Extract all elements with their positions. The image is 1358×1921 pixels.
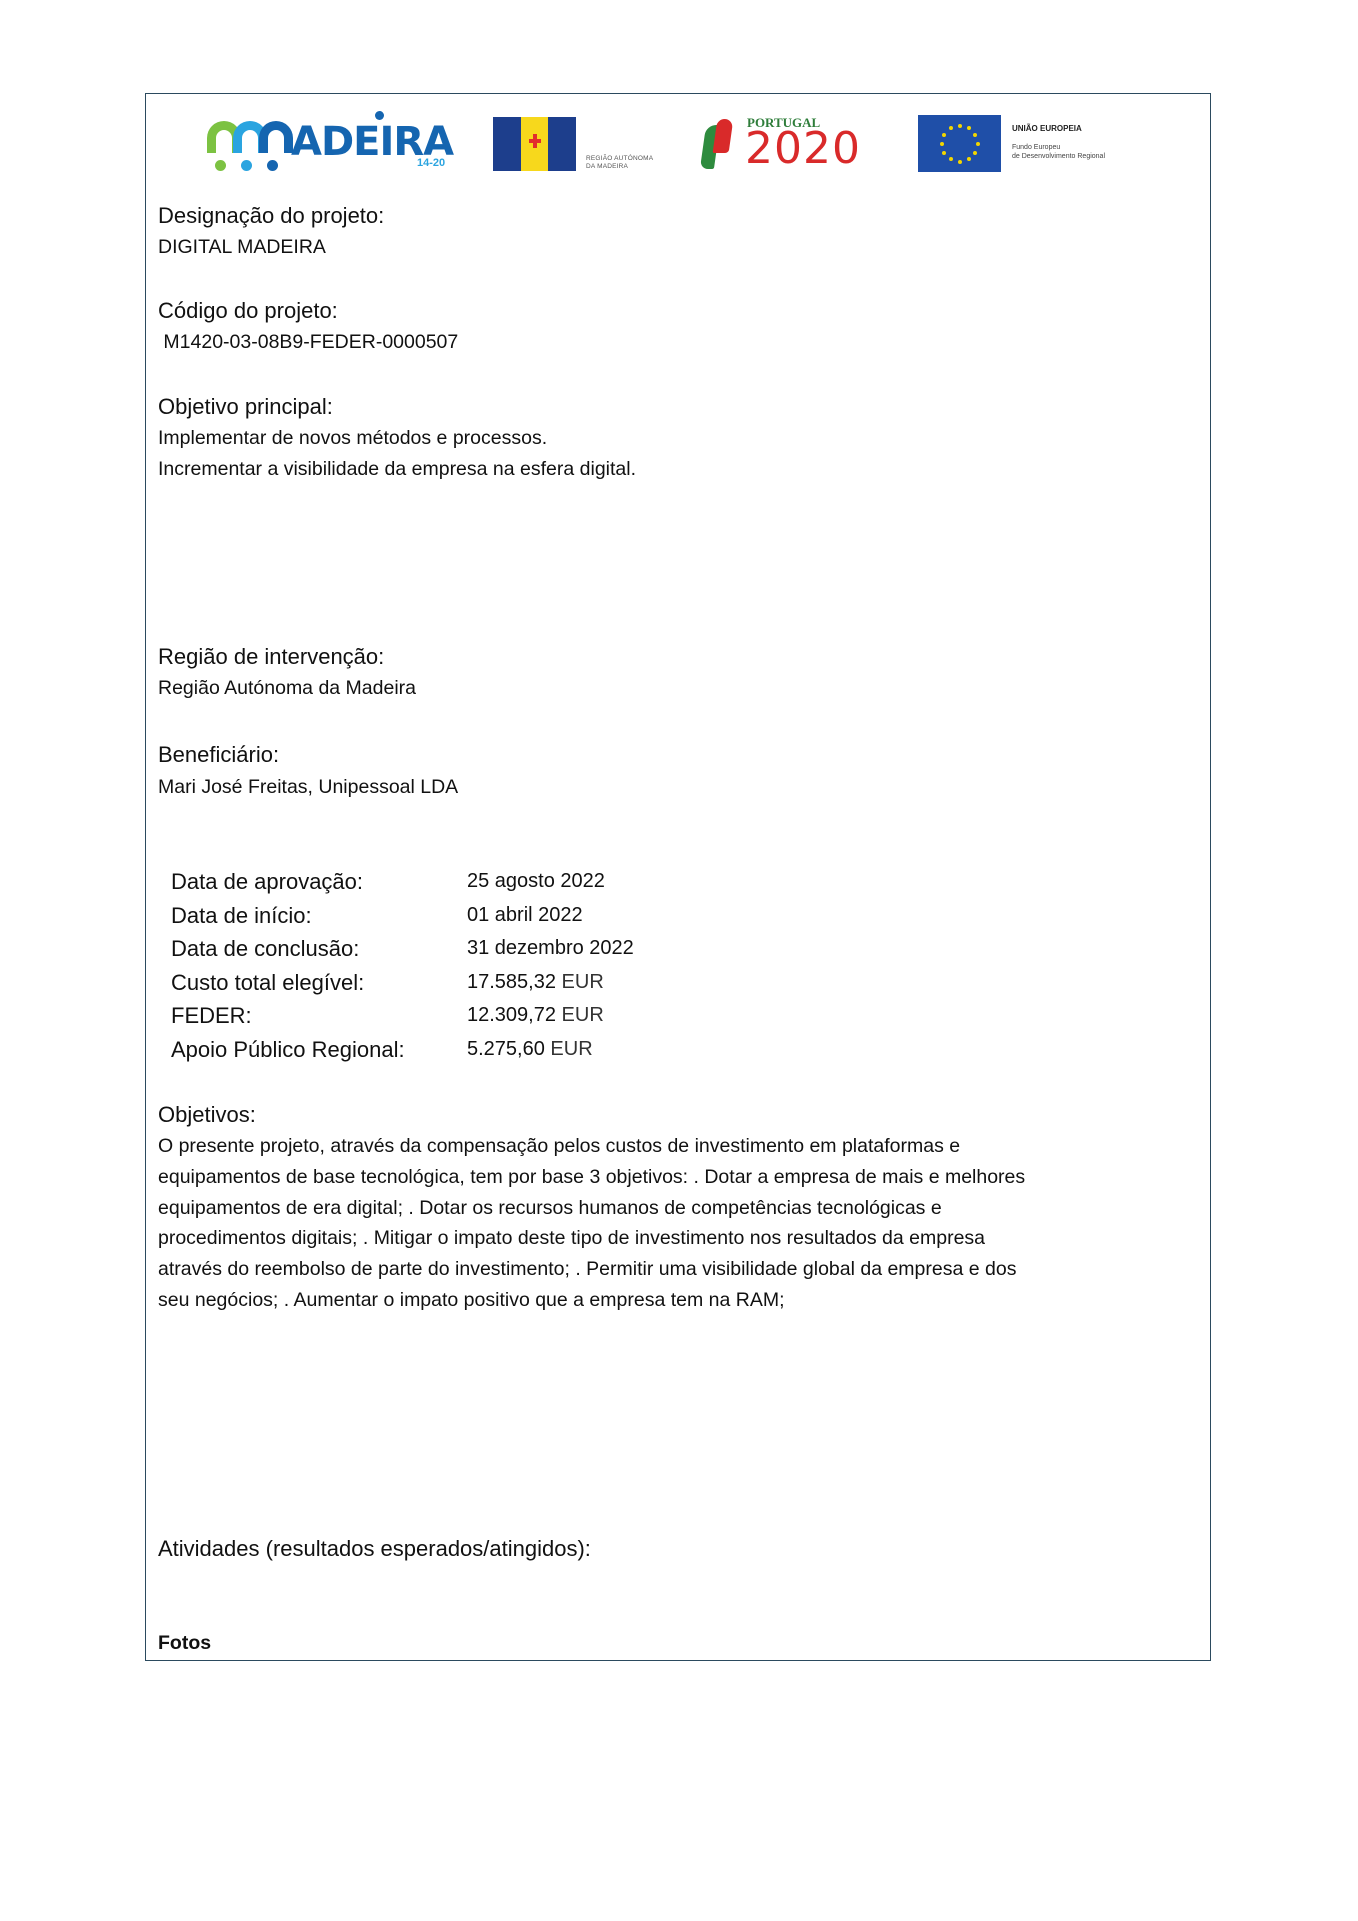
eu-title: UNIÃO EUROPEIA <box>1012 124 1082 133</box>
detail-value-text: 17.585,32 <box>467 971 556 993</box>
designacao-value: DIGITAL MADEIRA <box>158 235 326 259</box>
madeira-period: 14-20 <box>417 157 445 169</box>
star-icon <box>942 151 946 155</box>
detail-value-text: 01 abril 2022 <box>467 904 583 926</box>
designacao-heading: Designação do projeto: <box>158 203 384 229</box>
objetivo-principal-line: Implementar de novos métodos e processos… <box>158 426 547 450</box>
dot-icon <box>241 160 252 171</box>
objetivos-line: procedimentos digitais; . Mitigar o impa… <box>158 1226 985 1250</box>
detail-label: Custo total elegível: <box>171 970 364 996</box>
portugal-year: 2020 <box>745 124 861 174</box>
detail-value: 5.275,60 EUR <box>467 1036 593 1062</box>
detail-label: Data de conclusão: <box>171 936 359 962</box>
cross-icon <box>529 134 541 148</box>
detail-value: 01 abril 2022 <box>467 902 583 928</box>
detail-value: 12.309,72 EUR <box>467 1002 604 1028</box>
objetivos-line: O presente projeto, através da compensaç… <box>158 1134 960 1158</box>
madeira-flag-icon <box>493 117 576 171</box>
objetivo-principal-line: Incrementar a visibilidade da empresa na… <box>158 457 636 481</box>
star-icon <box>958 124 962 128</box>
detail-label: Data de aprovação: <box>171 869 363 895</box>
fotos-heading: Fotos <box>158 1631 211 1655</box>
objetivos-line: através do reembolso de parte do investi… <box>158 1257 1016 1281</box>
leaf-red-icon <box>713 119 734 153</box>
detail-value: 25 agosto 2022 <box>467 868 605 894</box>
star-icon <box>967 126 971 130</box>
detail-label: FEDER: <box>171 1003 252 1029</box>
star-icon <box>949 157 953 161</box>
codigo-value: M1420-03-08B9-FEDER-0000507 <box>158 330 458 354</box>
currency-unit: EUR <box>562 971 604 993</box>
currency-unit: EUR <box>550 1038 592 1060</box>
eu-subtitle: Fundo Europeu de Desenvolvimento Regiona… <box>1012 143 1105 161</box>
regiao-heading: Região de intervenção: <box>158 644 384 670</box>
portugal-2020-logo: PORTUGAL 2020 <box>703 113 888 173</box>
regional-caption-line2: DA MADEIRA <box>586 163 653 171</box>
regional-caption: REGIÃO AUTÓNOMA DA MADEIRA <box>586 155 653 171</box>
dot-icon <box>267 160 278 171</box>
atividades-heading: Atividades (resultados esperados/atingid… <box>158 1536 591 1562</box>
regional-caption-line1: REGIÃO AUTÓNOMA <box>586 155 653 163</box>
star-icon <box>949 126 953 130</box>
star-icon <box>940 142 944 146</box>
eu-subtitle-line2: de Desenvolvimento Regional <box>1012 152 1105 161</box>
objetivos-line: equipamentos de base tecnológica, tem po… <box>158 1165 1025 1189</box>
detail-label: Apoio Público Regional: <box>171 1037 405 1063</box>
star-icon <box>973 151 977 155</box>
beneficiario-heading: Beneficiário: <box>158 742 279 768</box>
madeira-1420-logo: ADEIRA 14-20 <box>207 113 457 175</box>
beneficiario-value: Mari José Freitas, Unipessoal LDA <box>158 775 458 799</box>
detail-value-text: 5.275,60 <box>467 1038 545 1060</box>
currency-unit: EUR <box>562 1004 604 1026</box>
detail-value-text: 25 agosto 2022 <box>467 870 605 892</box>
eu-subtitle-line1: Fundo Europeu <box>1012 143 1105 152</box>
objetivos-line: seu negócios; . Aumentar o impato positi… <box>158 1288 785 1312</box>
star-icon <box>967 157 971 161</box>
objetivo-principal-heading: Objetivo principal: <box>158 394 333 420</box>
detail-label: Data de início: <box>171 903 312 929</box>
objetivos-line: equipamentos de era digital; . Dotar os … <box>158 1196 942 1220</box>
arch-blue-icon <box>259 121 293 153</box>
detail-value-text: 31 dezembro 2022 <box>467 937 634 959</box>
detail-value: 31 dezembro 2022 <box>467 935 634 961</box>
star-icon <box>958 160 962 164</box>
dot-icon <box>215 160 226 171</box>
codigo-heading: Código do projeto: <box>158 298 338 324</box>
objetivos-heading: Objetivos: <box>158 1102 256 1128</box>
eu-flag-icon <box>918 115 1001 172</box>
regiao-value: Região Autónoma da Madeira <box>158 676 416 700</box>
detail-value-text: 12.309,72 <box>467 1004 556 1026</box>
star-icon <box>973 133 977 137</box>
star-icon <box>942 133 946 137</box>
star-icon <box>976 142 980 146</box>
detail-value: 17.585,32 EUR <box>467 969 604 995</box>
